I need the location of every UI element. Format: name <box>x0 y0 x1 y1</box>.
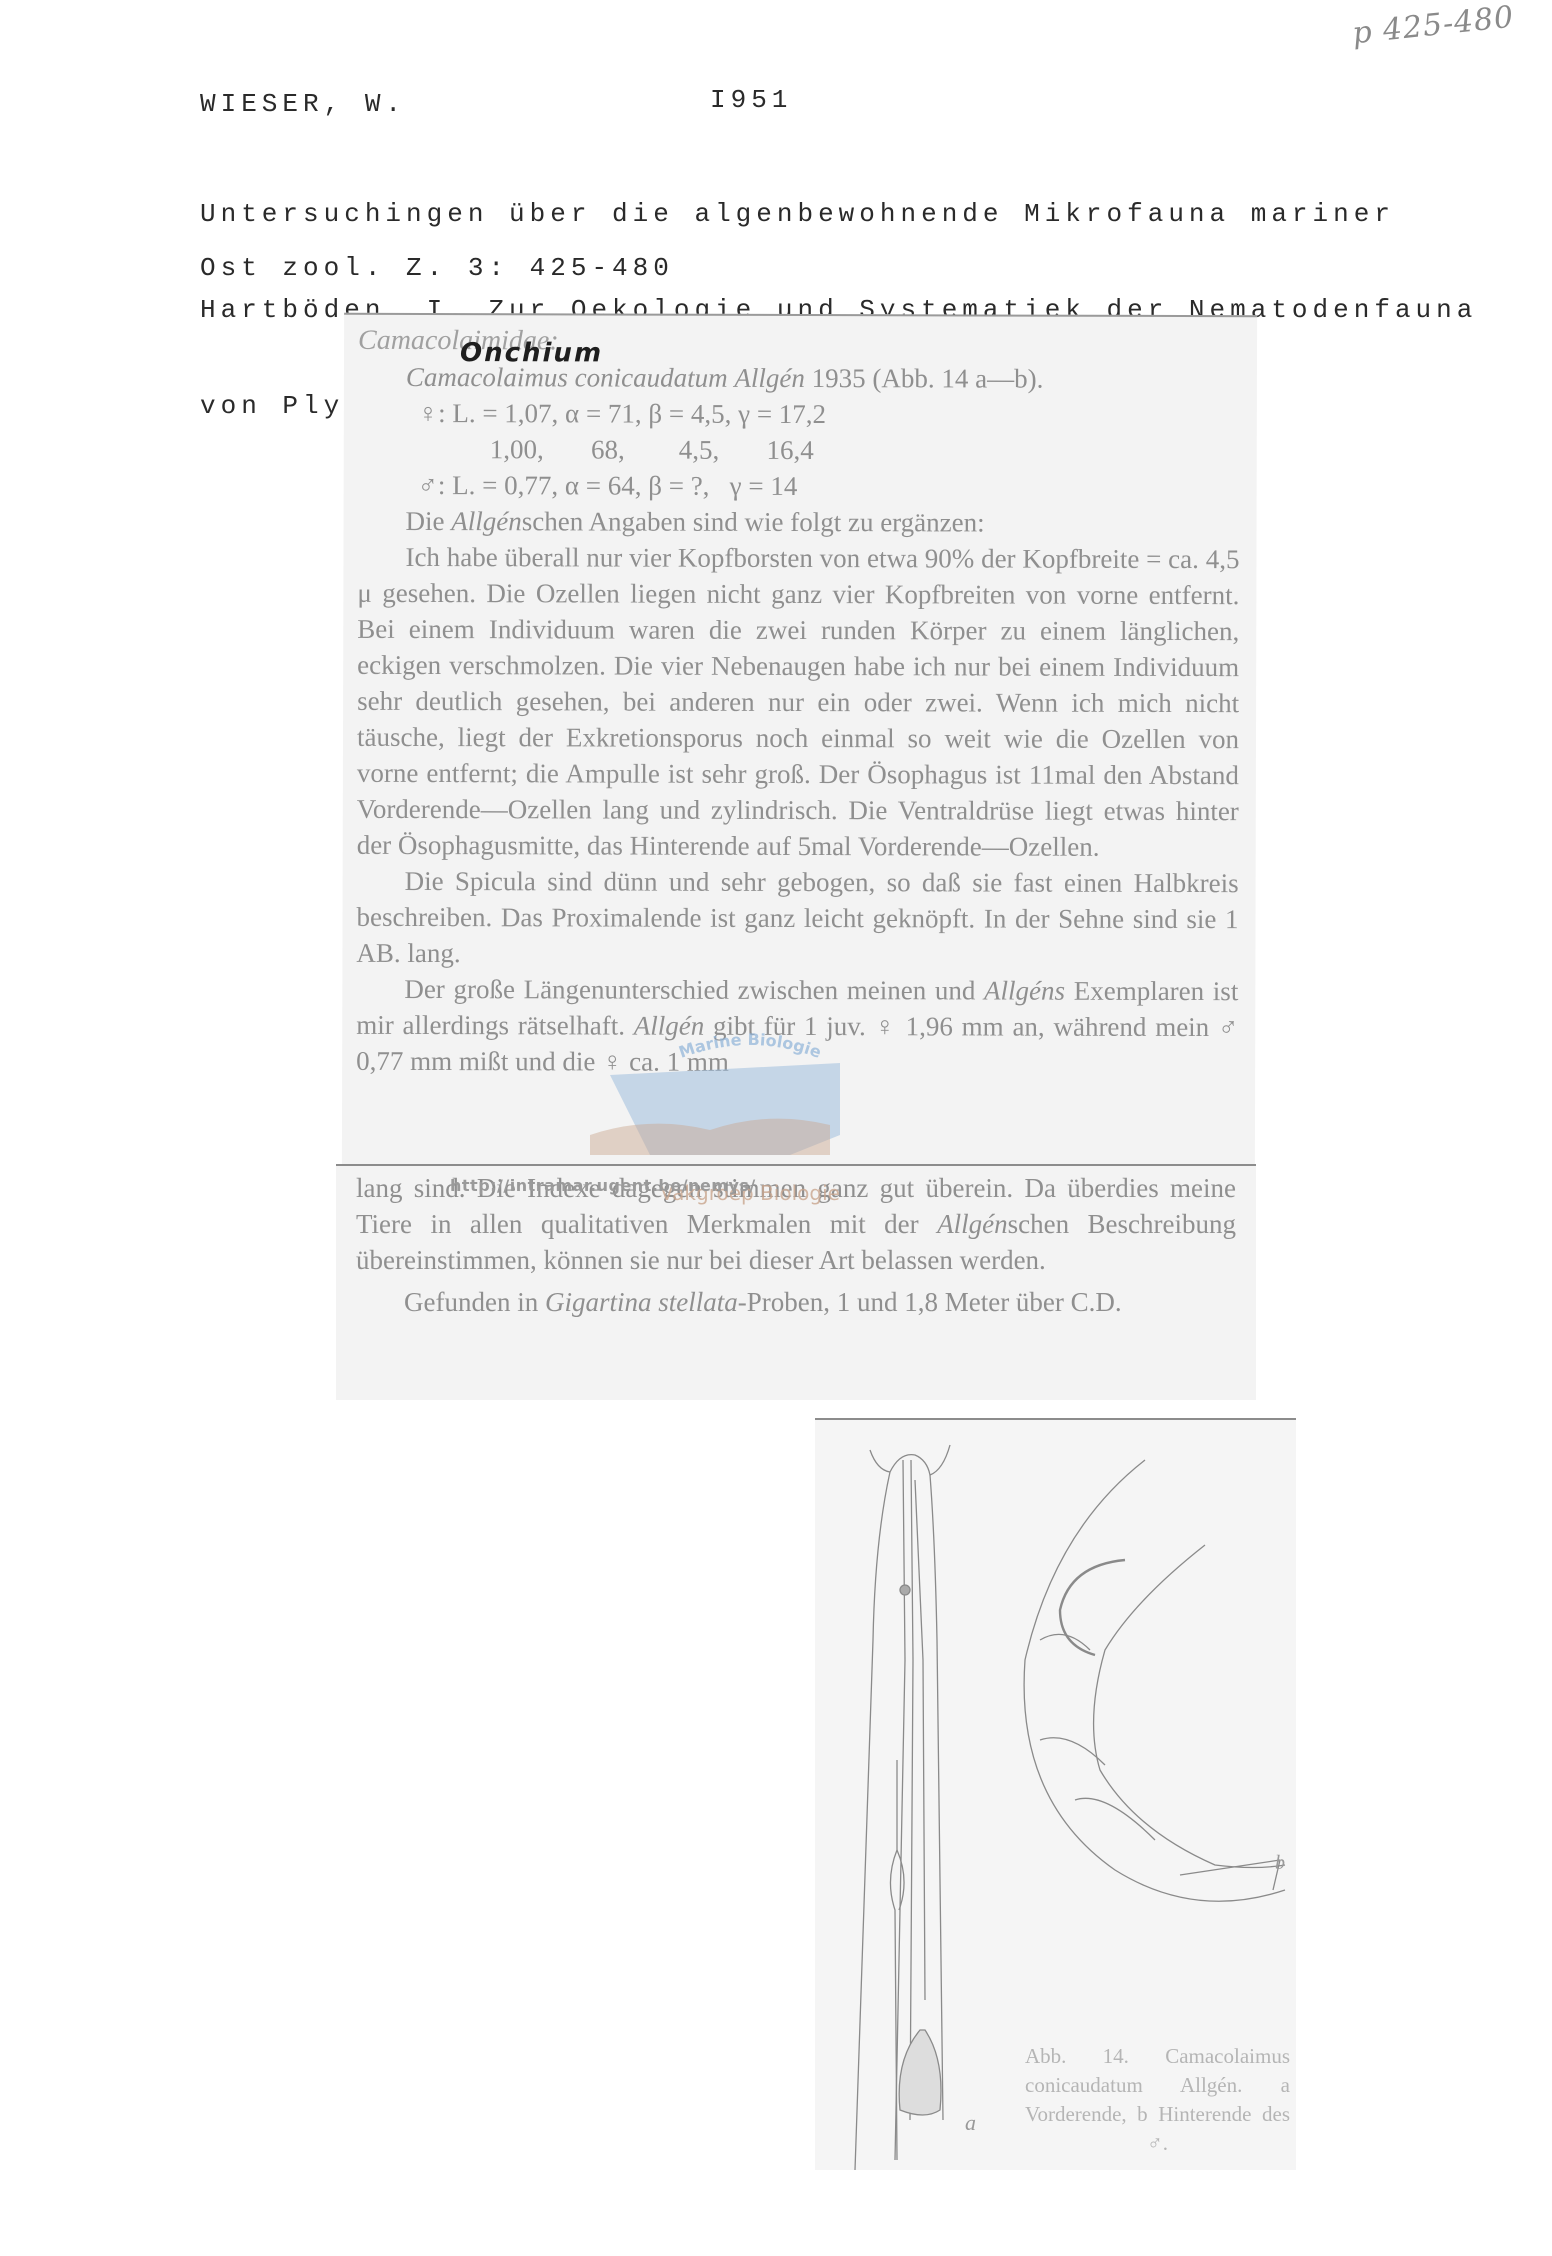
handwritten-genus: Onchium <box>460 335 603 371</box>
measurement-female: ♀: L. = 1,07, α = 71, β = 4,5, γ = 17,2 <box>358 395 1240 433</box>
measurement-female-2: 1,00, 68, 4,5, 16,4 <box>358 431 1240 469</box>
found-line: Gefunden in Gigartina stellata-Proben, 1… <box>356 1284 1236 1320</box>
intro-post: schen Angaben sind wie folgt zu ergänzen… <box>522 506 985 537</box>
author: WIESER, W. <box>200 88 406 120</box>
text-clipping-lower: lang sind. Die Indexe dagegen stimmen ga… <box>336 1164 1256 1400</box>
journal-reference: Ost zool. Z. 3: 425-480 <box>200 252 674 284</box>
paragraph-2: Die Spicula sind dünn und sehr gebogen, … <box>356 863 1238 973</box>
species-author: Allgén <box>734 363 805 393</box>
figure-caption: Abb. 14. Camacolaimus conicaudatum Allgé… <box>1025 2042 1290 2158</box>
intro-name: Allgén <box>451 506 522 536</box>
found-b: -Proben, 1 und 1,8 Meter über C.D. <box>738 1287 1122 1317</box>
p3c-name: Allgén <box>937 1209 1007 1239</box>
found-a: Gefunden in <box>404 1287 545 1317</box>
paragraph-3: Der große Längenunterschied zwischen mei… <box>356 971 1238 1081</box>
intro-pre: Die <box>406 506 452 536</box>
figure-label-b: b <box>1275 1852 1285 1875</box>
figure-clipping: a b Abb. 14. Camacolaimus conicaudatum A… <box>815 1418 1296 2170</box>
figure-label-a: a <box>965 2110 976 2136</box>
handwritten-page-note: p 425-480 <box>1351 0 1516 51</box>
measurement-male: ♂: L. = 0,77, α = 64, β = ?, γ = 14 <box>358 467 1240 505</box>
p3-name2: Allgén <box>634 1011 705 1041</box>
p3-a: Der große Längenunterschied zwischen mei… <box>404 974 984 1006</box>
species-rest: 1935 (Abb. 14 a—b). <box>805 363 1044 394</box>
title-line: Untersuchingen über die algenbewohnende … <box>200 198 1477 230</box>
species-heading: Onchium Camacolaimus conicaudatum Allgén… <box>358 359 1240 397</box>
intro-line: Die Allgénschen Angaben sind wie folgt z… <box>358 503 1240 541</box>
year: I951 <box>710 84 792 116</box>
watermark-url: http://intramar.ugent.be/nemys/ <box>450 1176 756 1195</box>
found-taxon: Gigartina stellata <box>545 1287 738 1317</box>
p3-name1: Allgéns <box>984 975 1065 1005</box>
paragraph-1: Ich habe überall nur vier Kopfborsten vo… <box>357 539 1240 865</box>
text-clipping-upper: Camacolaimidae: Onchium Camacolaimus con… <box>342 313 1257 1167</box>
